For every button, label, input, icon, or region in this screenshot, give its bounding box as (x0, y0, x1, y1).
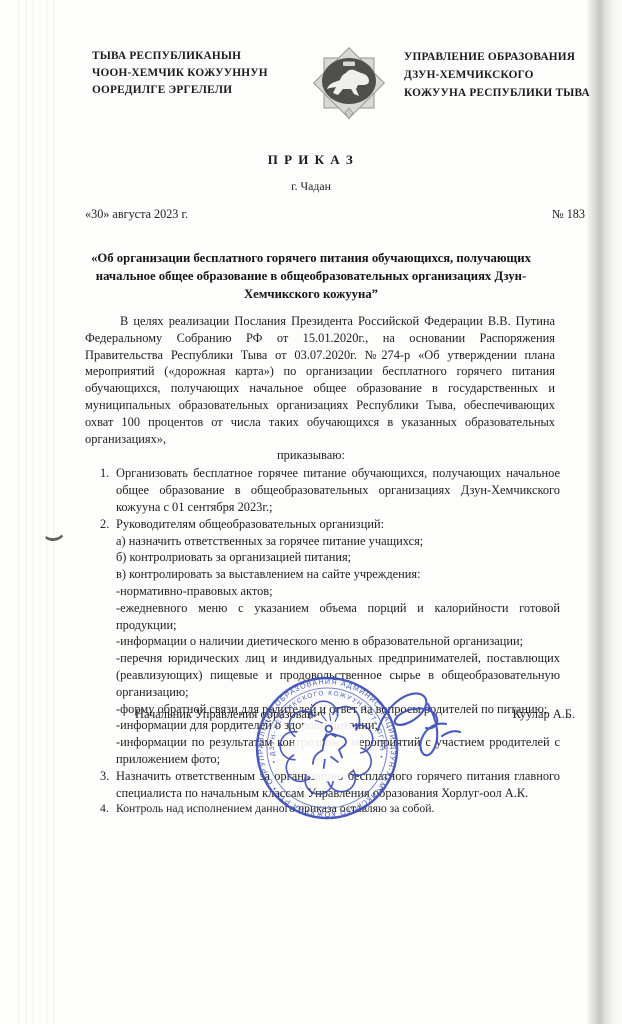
document-number: № 183 (552, 207, 585, 222)
document-place: г. Чадан (0, 179, 622, 194)
sub-item: а) назначить ответственных за горячее пи… (116, 533, 560, 550)
org-name-tuvan: ТЫВА РЕСПУБЛИКАНЫН ЧООН-ХЕМЧИК КОЖУУННУН… (92, 48, 304, 99)
document-date: «30» августа 2023 г. (85, 207, 188, 222)
tyva-coat-of-arms-icon (312, 46, 386, 120)
org-line: КОЖУУНА РЕСПУБЛИКИ ТЫВА (404, 84, 594, 102)
sub-item: в) контролировать за выставлением на сай… (116, 566, 560, 583)
org-line: ДЗУН-ХЕМЧИКСКОГО (404, 66, 594, 84)
org-line: УПРАВЛЕНИЕ ОБРАЗОВАНИЯ (404, 48, 594, 66)
item-number: 4. (88, 801, 116, 818)
org-line: ООРЕДИЛГЕ ЭРГЕЛЕЛИ (92, 82, 304, 99)
handwritten-signature-icon (370, 678, 466, 768)
item-text: Организовать бесплатное горячее питание … (116, 465, 560, 515)
order-item-1: 1. Организовать бесплатное горячее питан… (88, 465, 560, 515)
resolution-word: приказываю: (0, 448, 622, 463)
item-number: 3. (88, 768, 116, 785)
date-number-row: «30» августа 2023 г. № 183 (85, 207, 585, 222)
sub-item: б) контролриовать за организацией питани… (116, 549, 560, 566)
org-line: ЧООН-ХЕМЧИК КОЖУУННУН (92, 65, 304, 82)
item-number: 1. (88, 465, 116, 482)
sub-item: -ежедневного меню с указанием объема пор… (116, 600, 560, 634)
scanned-order-page: ТЫВА РЕСПУБЛИКАНЫН ЧООН-ХЕМЧИК КОЖУУННУН… (0, 0, 622, 1024)
hole-punch-mark (41, 521, 66, 542)
item-text: Руководителям общеобразовательных органи… (116, 516, 560, 533)
item-number: 2. (88, 516, 116, 533)
letterhead: ТЫВА РЕСПУБЛИКАНЫН ЧООН-ХЕМЧИК КОЖУУННУН… (0, 0, 622, 120)
sub-item: -нормативно-правовых актов; (116, 583, 560, 600)
document-kind-heading: П Р И К А З (0, 152, 622, 168)
sub-item: -информации о наличии диетического меню … (116, 633, 560, 650)
preamble-paragraph: В целях реализации Послания Президента Р… (85, 313, 555, 447)
document-title: «Об организации бесплатного горячего пит… (76, 249, 546, 303)
org-name-russian: УПРАВЛЕНИЕ ОБРАЗОВАНИЯ ДЗУН-ХЕМЧИКСКОГО … (394, 48, 594, 102)
signatory-name: Куулар А.Б. (513, 707, 575, 722)
org-line: ТЫВА РЕСПУБЛИКАНЫН (92, 48, 304, 65)
